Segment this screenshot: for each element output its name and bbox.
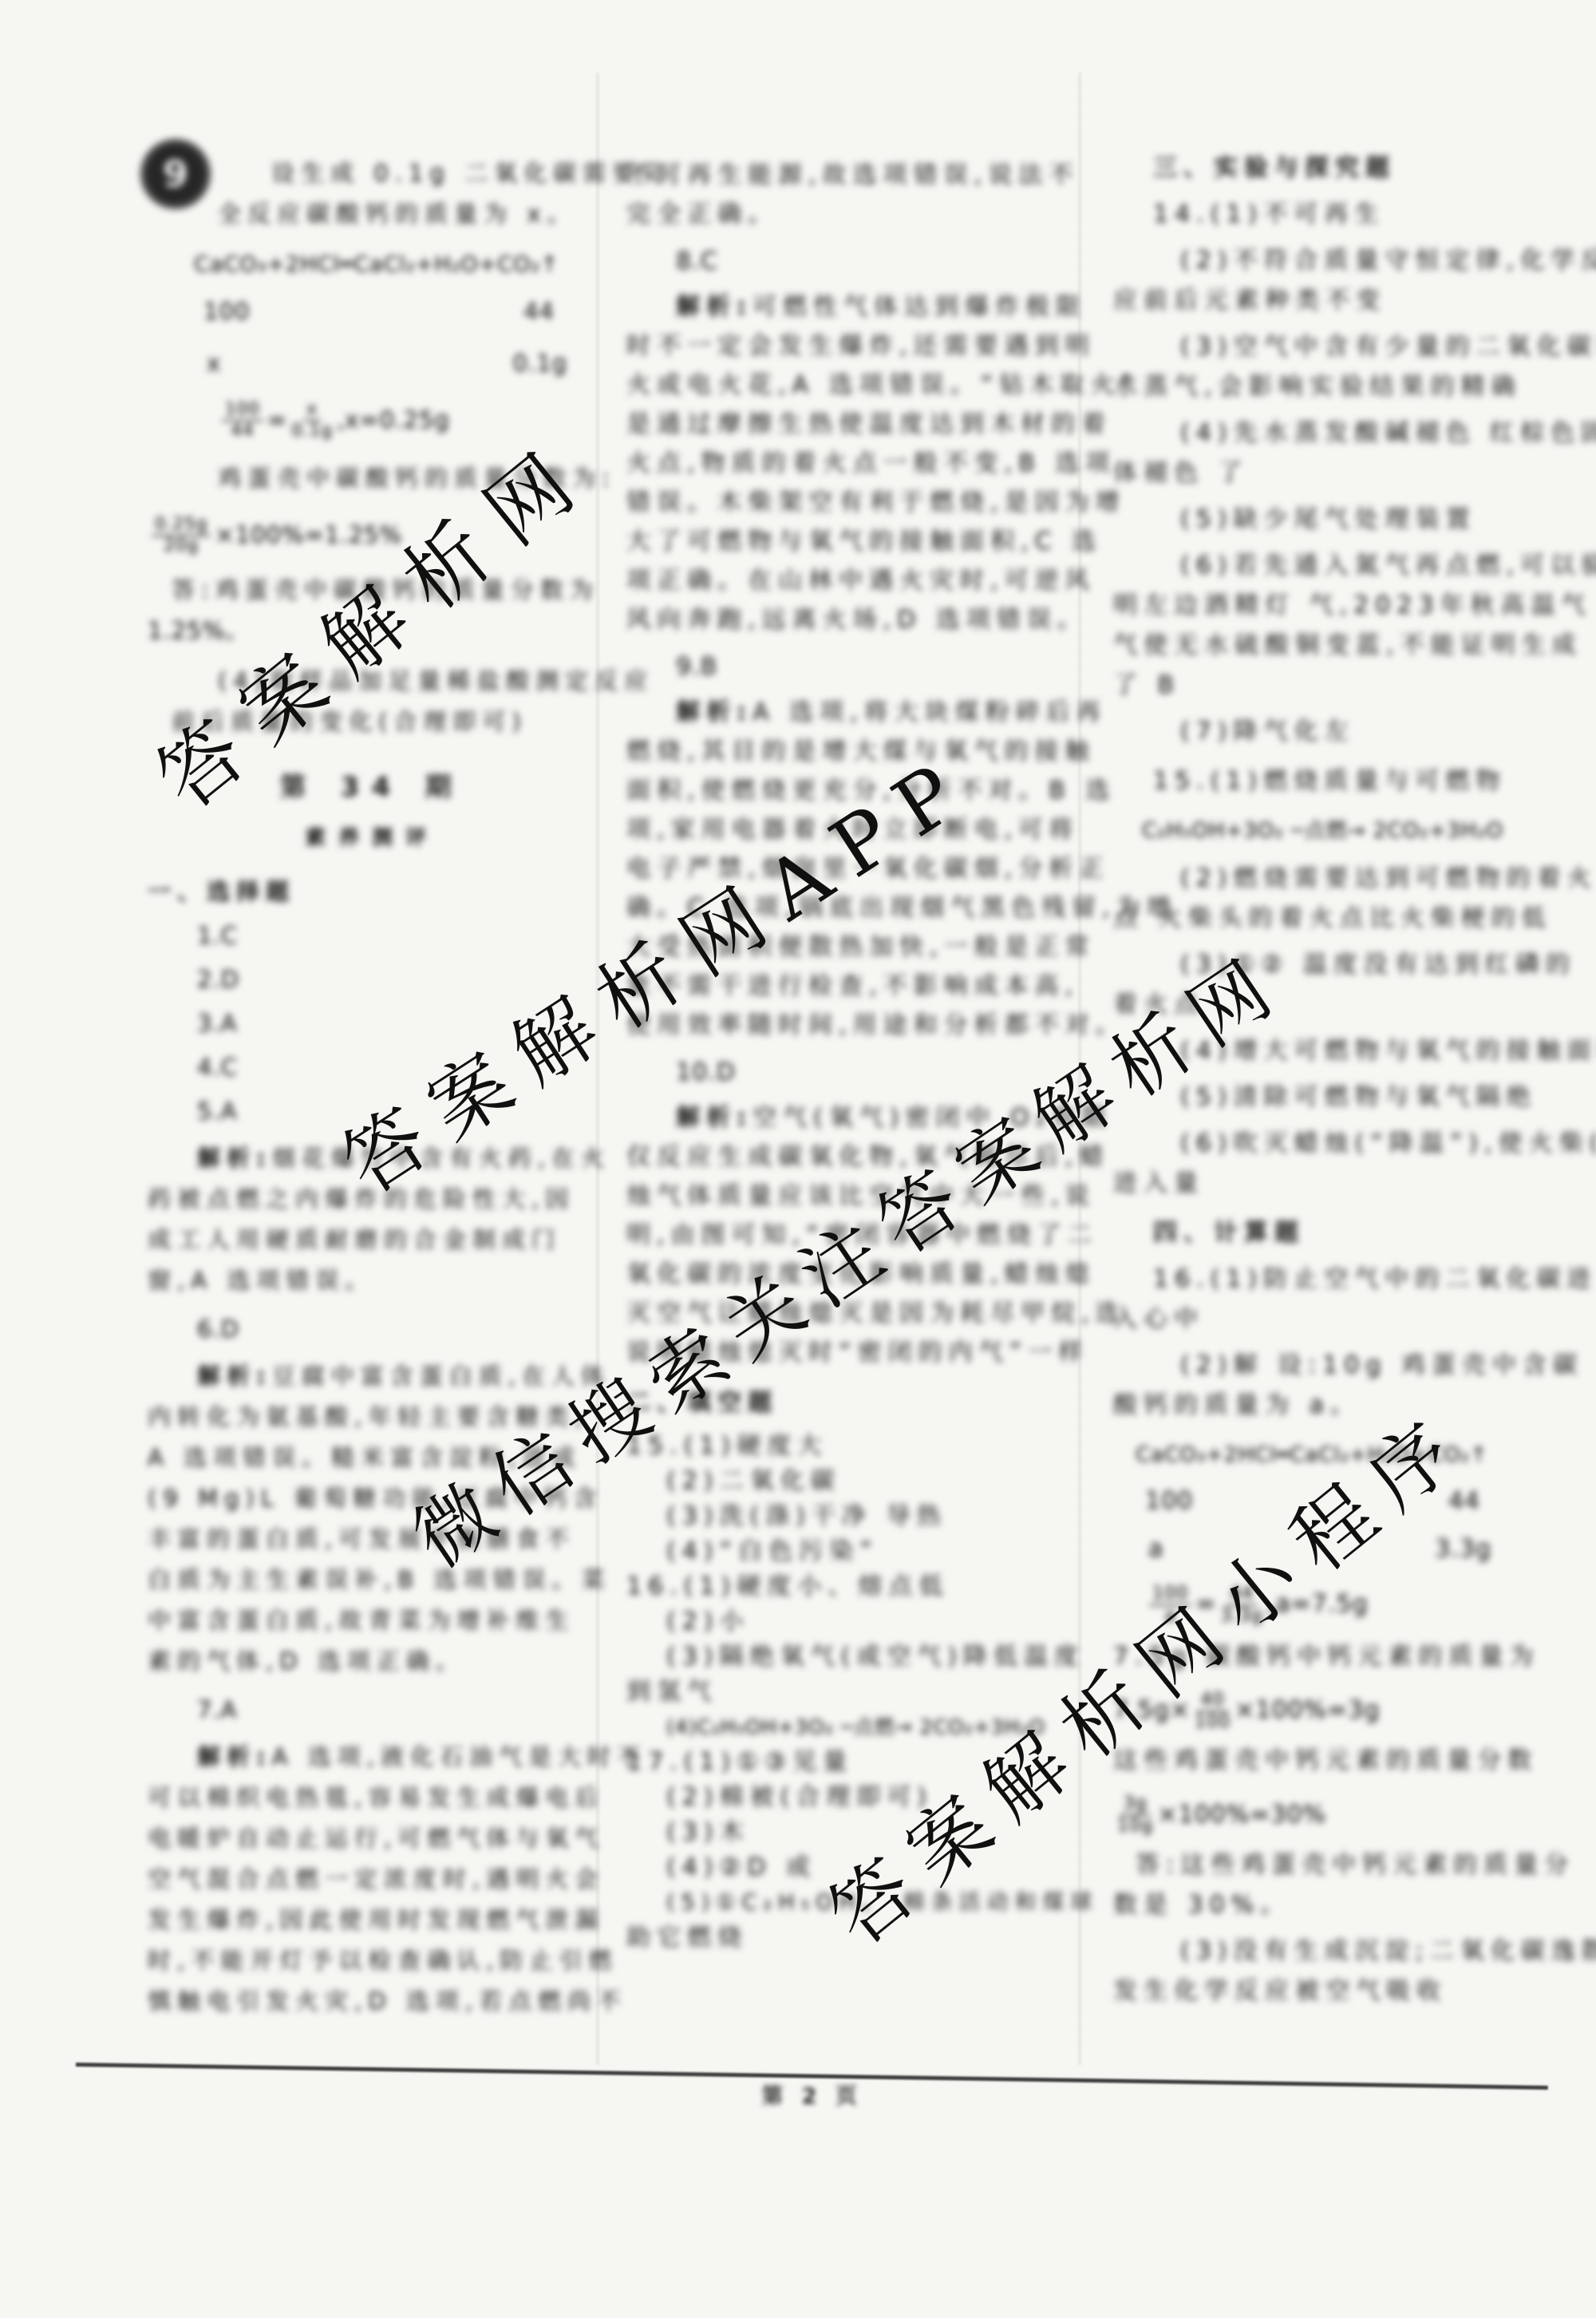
- text-line: 8.C: [676, 242, 1075, 281]
- text-line: 火点,物质的着火点一般不变,B 选项: [626, 444, 1075, 483]
- text-line: 中富含蛋白质,故青菜为增补维生: [148, 1600, 596, 1641]
- page-number: 第 2 页: [76, 2079, 1548, 2110]
- text-line: 可以棉织电热毯,容易发生成爆电后: [148, 1778, 596, 1818]
- text-line: (2)燃烧需要达到可燃物的着火: [1180, 859, 1570, 899]
- text-line: 是通过摩擦生热使温度达到木材的着: [626, 405, 1075, 444]
- text-line: 解析:豆腐中富含蛋白质,在人体: [197, 1356, 596, 1397]
- text-line: (2)不符合质量守恒定律,化学反: [1180, 241, 1570, 281]
- text-line: 设生成 0.1g 二氧化碳需要完: [271, 153, 596, 194]
- text-line: (3)空气中含有少量的二氧化碳和: [1180, 327, 1570, 367]
- text-line: 气使无水硫酸铜变蓝,不能证明生成: [1113, 626, 1570, 666]
- text-line: 明左边酒精灯 气,2023年秋高温气: [1113, 586, 1570, 626]
- text-line: 火或电火花,A 选项错误。“钻木取火”: [626, 366, 1075, 405]
- text-line: (4)先水蒸发酸碱褪色 红棕色固: [1180, 413, 1570, 453]
- text-line: 入心中: [1113, 1299, 1570, 1339]
- text-line: 四、计算题: [1153, 1213, 1570, 1253]
- column-middle: 不可再生能源,故选项错误,说法不完全正确。8.C解析:可燃性气体达到爆炸极限时不…: [626, 156, 1075, 1956]
- text-line: CaCO₃+2HCl═CaCl₂+H₂O+CO₂↑: [194, 244, 596, 285]
- text-line: 三、实验与探究题: [1153, 148, 1570, 188]
- text-line: 10044: [203, 291, 555, 332]
- text-line: 到氢气: [626, 1675, 1075, 1710]
- text-line: 进入量: [1113, 1164, 1570, 1204]
- text-line: (2)小: [666, 1604, 1075, 1640]
- text-line: 16.(1)硬度小、熔点低: [626, 1569, 1075, 1604]
- text-line: (3)洗(涤)干净 导热: [666, 1499, 1075, 1534]
- text-line: 发生化学反应被空气吸收: [1113, 1972, 1570, 2011]
- text-line: 解析:A 选项,将大块煤粉碎后再: [676, 693, 1075, 732]
- text-line: (3)隔绝氧气(或空气)降低温度: [666, 1640, 1075, 1675]
- text-line: 16.(1)防止空气中的二氧化碳进: [1153, 1260, 1570, 1299]
- text-line: 素养测评: [148, 818, 596, 859]
- text-line: 1.C: [197, 916, 596, 956]
- document-page: 9 设生成 0.1g 二氧化碳需要完全反应碳酸钙的质量为 x。CaCO₃+2HC…: [0, 0, 1596, 2318]
- text-line: (3)没有生成沉淀;二氧化碳逸散: [1180, 1932, 1570, 1972]
- text-line: 大了可燃物与氧气的接触面积,C 选: [626, 522, 1075, 561]
- text-line: (2)解 设:10g 鸡蛋壳中含碳: [1180, 1346, 1570, 1386]
- text-line: 14.(1)不可再生: [1153, 195, 1570, 235]
- text-line: 全反应碳酸钙的质量为 x。: [218, 194, 596, 235]
- text-line: 慎触电引发火灾,D 选项,若点燃尚不: [148, 1981, 596, 2022]
- text-line: 空气混合点燃一定浓度时,遇明火会: [148, 1859, 596, 1900]
- text-line: 项正确。在山林中遇火灾时,可逆风: [626, 561, 1075, 600]
- text-line: 一、选择题: [148, 872, 596, 912]
- text-line: 答:这些鸡蛋壳中钙元素的质量分: [1136, 1845, 1570, 1885]
- text-line: 6.D: [197, 1309, 596, 1350]
- text-line: 9.B: [676, 647, 1075, 686]
- text-line: 3g10g×100%=30%: [1113, 1794, 1570, 1836]
- text-line: x0.1g: [207, 343, 567, 384]
- text-line: (2)二氧化碳: [666, 1464, 1075, 1499]
- text-line: 不可再生能源,故选项错误,说法不: [626, 156, 1075, 195]
- text-line: 酸钙的质量为 a。: [1113, 1386, 1570, 1426]
- text-line: 15.(1)燃烧质量与可燃物: [1153, 761, 1570, 801]
- text-line: (4)“白色污染”: [666, 1534, 1075, 1569]
- text-line: 成工人用硬质耐磨的合金制成门: [148, 1220, 596, 1260]
- text-line: 燃烧,其目的是增大煤与氧气的接触: [626, 732, 1075, 771]
- text-line: (6)若先通入氮气再点燃,可以验证: [1180, 546, 1570, 586]
- text-line: 解析:A 选项,液化石油气是大时不: [197, 1737, 596, 1778]
- text-line: 解析:可燃性气体达到爆炸极限: [676, 287, 1075, 326]
- text-line: 数是 30%。: [1113, 1885, 1570, 1925]
- text-line: 时不一定会发生爆炸,还需要遇到明: [626, 326, 1075, 366]
- text-line: (6)吹灭蜡烛(“降温”),使火柴(“的): [1180, 1124, 1570, 1164]
- text-line: 7.A: [197, 1690, 596, 1731]
- text-line: 风向奔跑,远离火场,D 选项错误。: [626, 600, 1075, 639]
- text-line: 窗,A 选项错误。: [148, 1260, 596, 1301]
- text-line: 体褪色 了: [1113, 453, 1570, 493]
- text-line: (7)降气化左: [1180, 712, 1570, 752]
- text-line: 了 B: [1113, 666, 1570, 706]
- text-line: 完全正确。: [626, 195, 1075, 234]
- text-line: 电暖炉自动止运行,可燃气体与氧气: [148, 1818, 596, 1859]
- text-line: 发生爆炸,因此使用时发现燃气泄漏: [148, 1900, 596, 1940]
- text-line: (5)清除可燃物与氧气隔绝: [1180, 1078, 1570, 1117]
- text-line: C₂H₅OH+3O₂ ─点燃→ 2CO₂+3H₂O: [1142, 811, 1570, 851]
- text-line: 时,不能开灯予以检查确认,防止引燃: [148, 1940, 596, 1981]
- text-line: 这些鸡蛋壳中钙元素的质量分数: [1113, 1741, 1570, 1781]
- text-line: 白质为主生素误补,B 选项错误。菜: [148, 1560, 596, 1600]
- text-line: 素的气体,D 选项正确。: [148, 1641, 596, 1682]
- text-line: (5)缺少尾气处理装置: [1180, 500, 1570, 540]
- text-line: 水蒸气,会影响实验结果的精确: [1113, 367, 1570, 407]
- text-line: 15.(1)硬度大: [626, 1429, 1075, 1464]
- text-line: 点 火柴头的着火点比火柴梗的低: [1113, 899, 1570, 939]
- text-line: 应前后元素种类不变: [1113, 281, 1570, 321]
- text-line: 错误。木柴架空有利于燃烧,是因为增: [626, 483, 1075, 522]
